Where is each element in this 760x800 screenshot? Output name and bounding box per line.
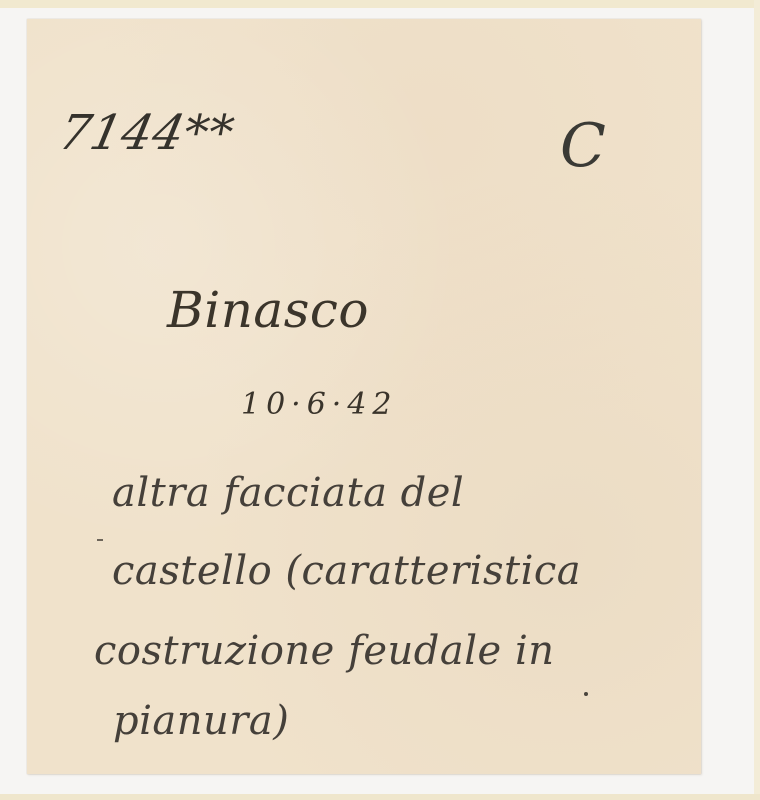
- archival-card: 7144** C Binasco 10·6·42 altra facciata …: [27, 19, 701, 774]
- caption-line-3: costruzione feudale in: [94, 628, 555, 674]
- mount-edge-bottom: [0, 794, 760, 800]
- caption-line-1: altra facciata del: [112, 470, 464, 516]
- ink-dash-mark: [97, 539, 103, 541]
- place-name: Binasco: [167, 281, 369, 339]
- series-letter: C: [560, 111, 606, 181]
- mount-edge-right: [754, 0, 760, 800]
- ink-dot-mark: [584, 692, 588, 696]
- caption-line-2: castello (caratteristica: [112, 548, 581, 594]
- mount-edge-top: [0, 0, 760, 8]
- catalog-number: 7144**: [54, 105, 239, 161]
- caption-line-4: pianura): [113, 698, 289, 744]
- date: 10·6·42: [241, 387, 398, 422]
